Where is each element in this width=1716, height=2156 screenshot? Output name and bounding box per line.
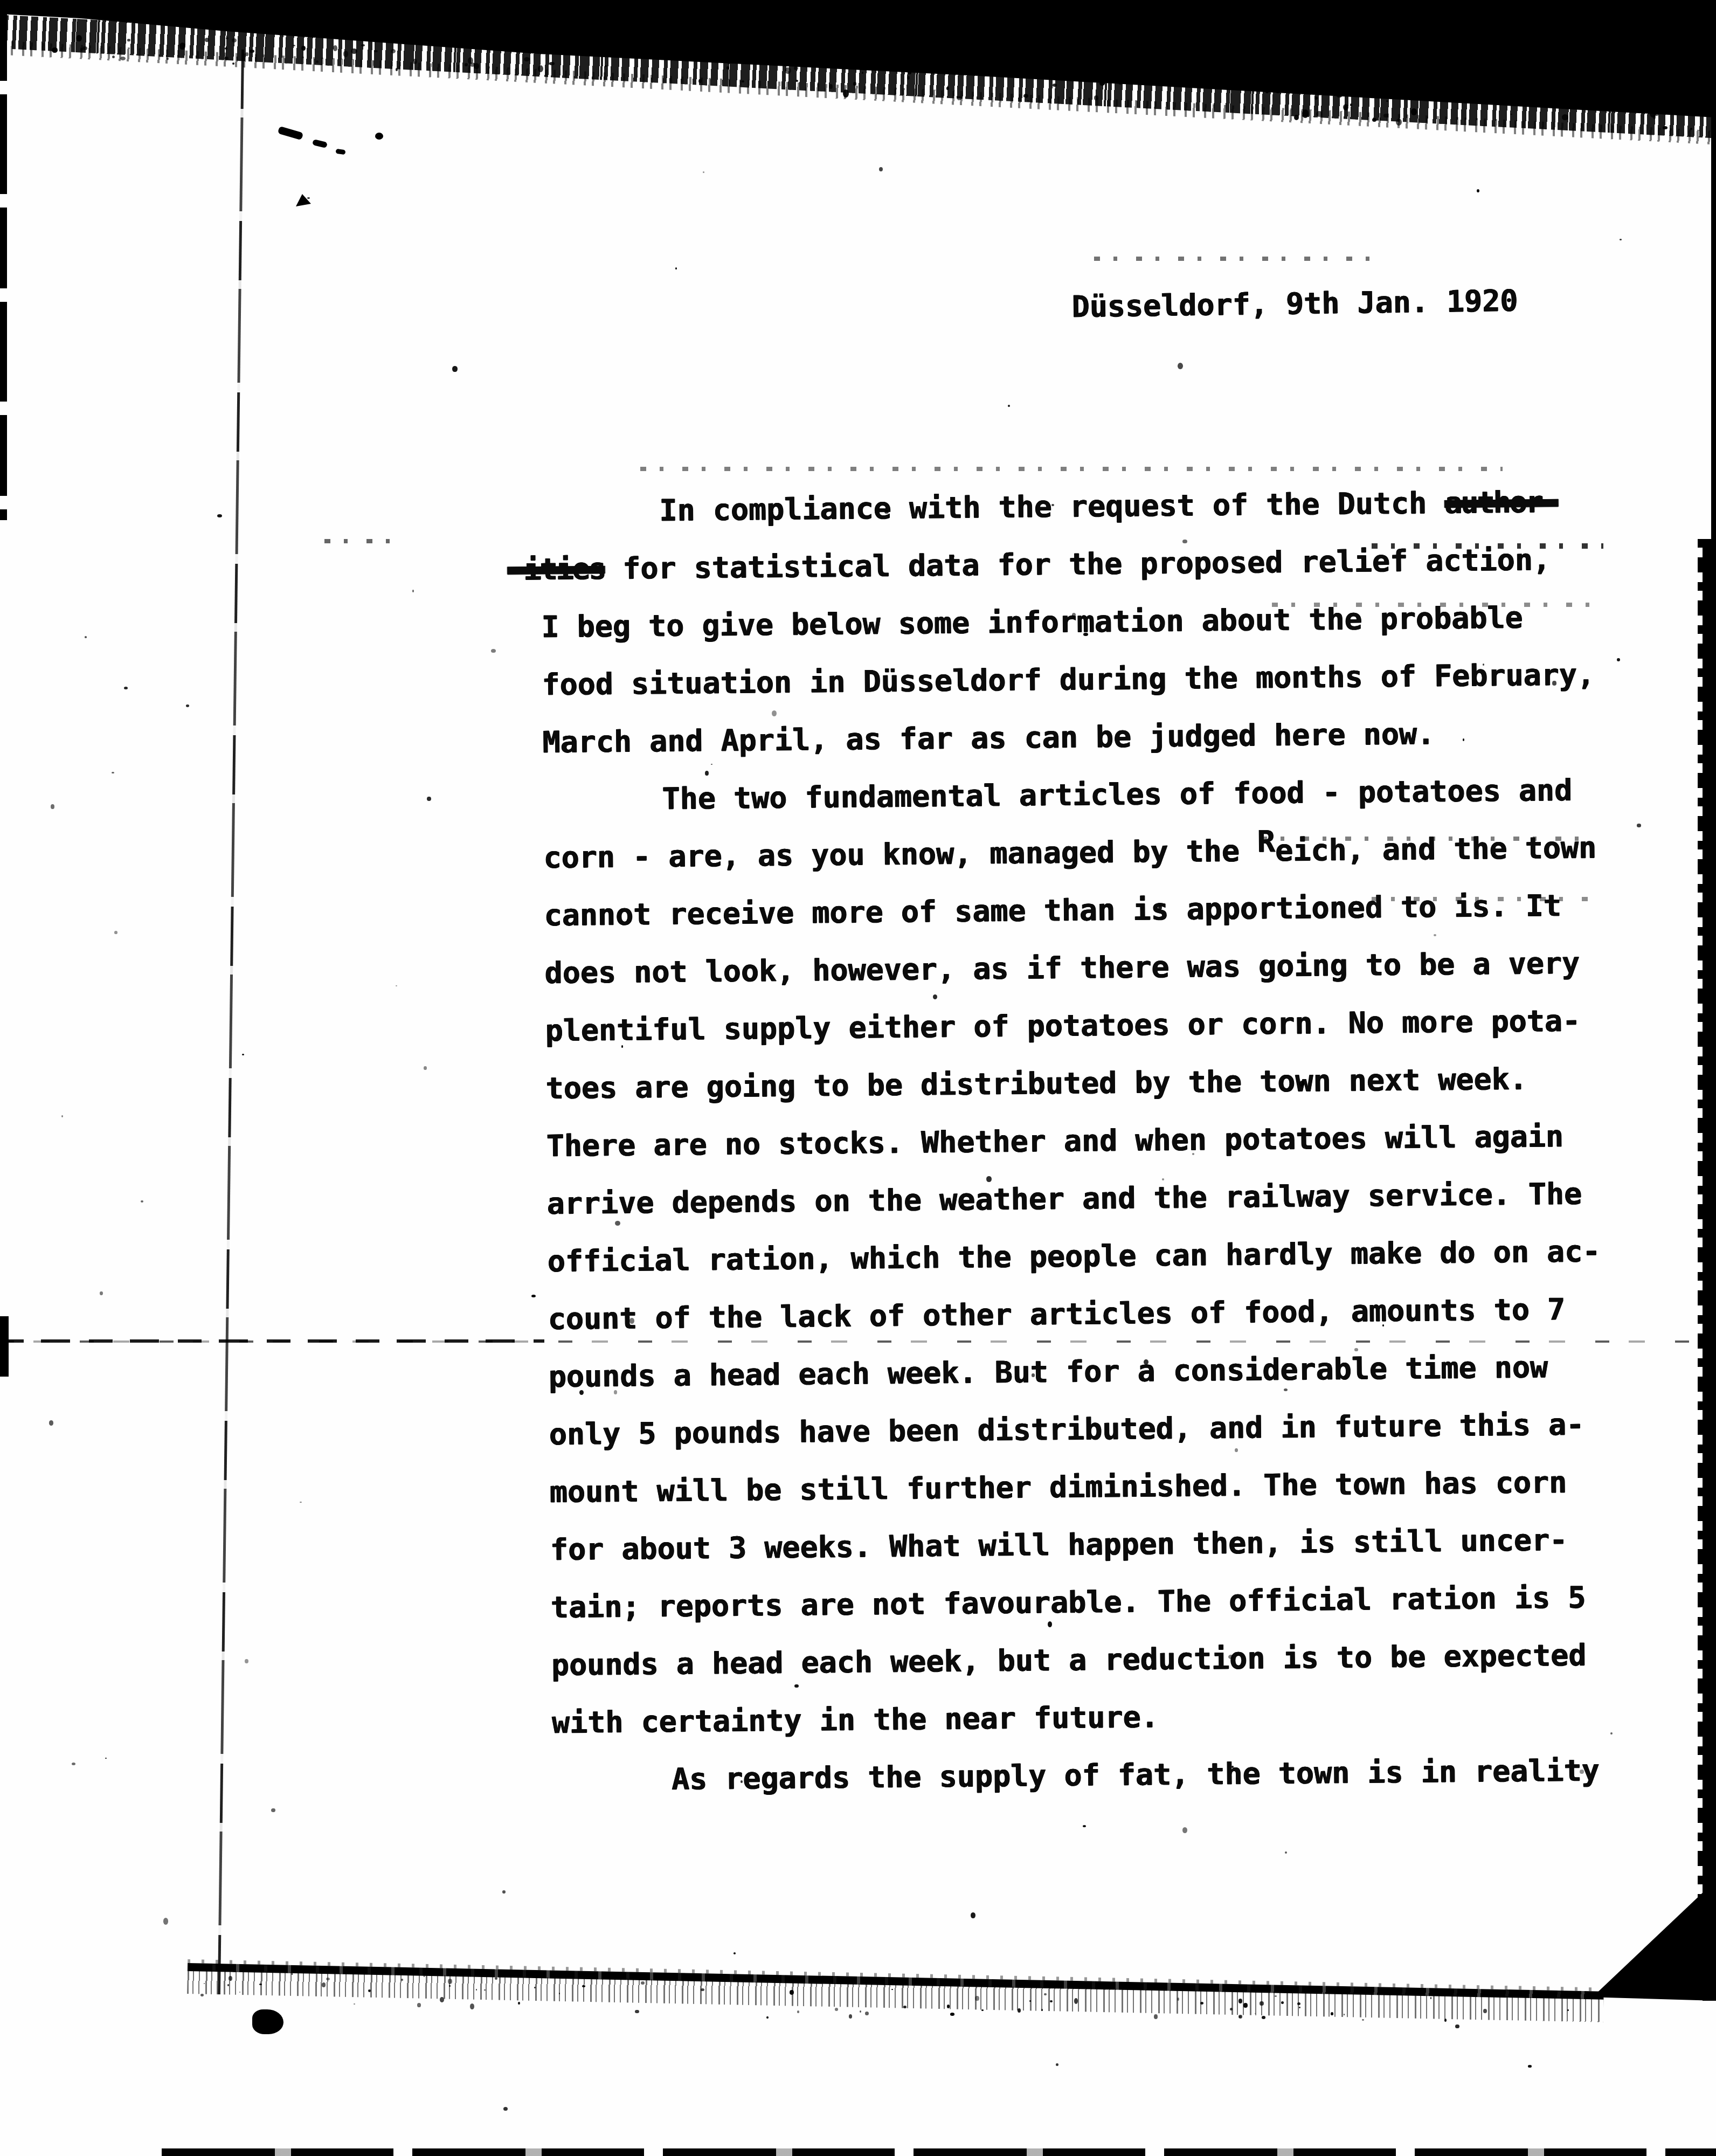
scanner-bottom-edge-line: [162, 2148, 1716, 2156]
ink-speck: [835, 2008, 838, 2010]
ink-speck: [797, 2010, 800, 2013]
ink-speck: [452, 366, 457, 372]
ink-speck: [440, 1997, 444, 2002]
ink-speck: [701, 1988, 704, 1991]
ink-speck: [245, 1659, 248, 1664]
ink-speck: [1192, 1153, 1194, 1155]
text-segment: pounds a head each week, but a reduction…: [551, 1637, 1587, 1682]
ink-speck: [484, 1989, 485, 1991]
ink-speck: [549, 62, 555, 65]
ink-speck: [120, 57, 126, 60]
pen-mark: [312, 139, 328, 148]
ink-speck: [401, 1979, 403, 1980]
text-line: plentiful supply either of potatoes or c…: [545, 992, 1599, 1060]
ink-speck: [947, 2005, 950, 2008]
ink-speck: [1182, 1827, 1187, 1833]
ink-speck: [1056, 2063, 1058, 2066]
ink-speck: [1029, 2000, 1031, 2002]
ink-speck: [1354, 1348, 1358, 1351]
ink-speck: [534, 1987, 536, 1988]
ink-speck: [476, 1989, 477, 1990]
ink-speck: [200, 1994, 203, 1996]
ink-speck: [981, 2009, 984, 2011]
ink-speck: [891, 1989, 893, 1990]
ink-speck: [449, 1985, 451, 1987]
ink-speck: [124, 687, 128, 689]
ink-speck: [1231, 1766, 1233, 1768]
bottom-left-ink-blob: [252, 2009, 283, 2034]
ink-speck: [1293, 673, 1295, 674]
ink-speck: [785, 67, 791, 74]
ink-speck: [950, 2013, 954, 2015]
ink-speck: [865, 2012, 869, 2015]
ink-speck: [61, 1115, 63, 1117]
ink-speck: [1260, 2001, 1263, 2006]
ink-speck: [734, 1952, 736, 1954]
ink-speck: [1041, 2009, 1043, 2011]
text-segment-struck: author-: [1444, 485, 1558, 520]
ink-speck: [1552, 681, 1556, 686]
ink-speck: [1383, 114, 1388, 118]
ink-speck: [322, 1982, 326, 1987]
ink-speck: [688, 1979, 689, 1981]
pen-mark-triangle: [296, 194, 311, 206]
ink-speck: [766, 2016, 768, 2019]
ink-speck: [343, 51, 348, 57]
scanner-left-edge-nub: [0, 1316, 9, 1377]
text-line: March and April, as far as can be judged…: [542, 703, 1596, 771]
ink-speck: [1083, 1825, 1086, 1827]
ink-speck: [232, 38, 237, 43]
ink-speck: [491, 649, 496, 653]
ink-speck: [1336, 92, 1342, 98]
ghost-dots-row: [324, 539, 405, 543]
ink-speck: [1663, 126, 1667, 129]
text-line: pounds a head each week, but a reduction…: [551, 1626, 1605, 1694]
ghost-dots-row: [1094, 257, 1388, 261]
ink-speck: [186, 704, 189, 707]
ink-speck: [1162, 1178, 1164, 1180]
ink-speck: [908, 71, 911, 74]
text-segment: with certainty in the near future.: [552, 1699, 1159, 1740]
ink-speck: [396, 68, 398, 71]
ink-speck: [225, 47, 227, 50]
pen-mark: [375, 133, 383, 140]
ink-speck: [635, 2010, 639, 2014]
ink-speck: [933, 994, 937, 999]
ink-speck: [105, 1758, 107, 1759]
text-line: only 5 pounds have been distributed, and…: [549, 1395, 1602, 1463]
ink-speck: [242, 1054, 244, 1055]
ink-speck: [361, 44, 365, 46]
ghost-dots-row: [640, 467, 1503, 471]
ink-speck: [1297, 2002, 1300, 2005]
horizontal-fold-line-left: [0, 1339, 544, 1343]
text-line: official ration, which the people can ha…: [547, 1222, 1601, 1290]
ink-speck: [1275, 89, 1281, 93]
ink-speck: [843, 89, 849, 98]
text-line: mount will be still further diminished. …: [549, 1453, 1603, 1521]
ink-speck: [307, 197, 309, 199]
ink-speck: [217, 514, 222, 517]
ink-speck: [1144, 1359, 1148, 1365]
ink-speck: [1434, 934, 1436, 936]
ink-speck: [1050, 2000, 1053, 2003]
text-segment: cannot receive more of same than is appo…: [544, 888, 1561, 932]
ink-speck: [333, 45, 337, 51]
ink-speck: [795, 80, 798, 81]
text-line: The two fundamental articles of food - p…: [662, 761, 1596, 828]
ink-speck: [518, 2002, 520, 2004]
ink-speck: [860, 2010, 861, 2013]
ink-speck: [1344, 2014, 1345, 2015]
ink-speck: [1580, 1770, 1583, 1774]
text-segment: does not look, however, as if there was …: [544, 946, 1580, 990]
ink-speck: [76, 35, 81, 42]
text-line: toes are going to be distributed by the …: [545, 1049, 1599, 1117]
ink-speck: [1382, 1324, 1385, 1326]
ink-speck: [582, 1985, 585, 1987]
ink-speck: [1008, 405, 1010, 407]
text-segment: corn - are, as you know, managed by the: [543, 833, 1257, 875]
ink-speck: [946, 87, 949, 90]
pen-mark: [278, 126, 303, 140]
ink-speck: [300, 1502, 302, 1503]
ink-speck: [112, 772, 114, 773]
text-line: I beg to give below some information abo…: [541, 588, 1595, 656]
ink-speck: [741, 1780, 743, 1782]
text-line: corn - are, as you know, managed by the …: [543, 819, 1597, 887]
ink-speck: [127, 39, 130, 42]
ink-speck: [1331, 2012, 1334, 2015]
text-segment-superscript: R: [1257, 824, 1276, 859]
ink-speck: [703, 171, 704, 173]
ink-speck: [772, 710, 777, 716]
ink-speck: [1617, 658, 1620, 661]
ink-speck: [1243, 2003, 1248, 2008]
ink-speck: [1284, 1388, 1287, 1391]
text-segment: for about 3 weeks. What will happen then…: [550, 1523, 1568, 1567]
ink-speck: [72, 1763, 75, 1765]
ink-speck: [271, 1808, 275, 1812]
ink-speck: [1362, 2019, 1364, 2021]
ink-speck: [971, 1912, 975, 1918]
text-segment: pounds a head each week. But for a consi…: [549, 1350, 1548, 1394]
text-segment: March and April, as far as can be judged…: [542, 716, 1435, 759]
ink-speck: [1294, 115, 1299, 120]
ink-speck: [354, 2003, 355, 2005]
text-segment-struck: -ities: [507, 551, 605, 587]
text-line: tain; reports are not favourable. The of…: [551, 1568, 1604, 1636]
ink-speck: [412, 590, 414, 592]
ink-speck: [100, 1291, 102, 1295]
ink-speck: [1483, 2009, 1487, 2013]
ink-speck: [470, 2003, 474, 2009]
ink-speck: [1610, 1732, 1613, 1735]
ink-speck: [226, 37, 229, 39]
ink-speck: [179, 43, 185, 50]
ink-speck: [233, 1970, 236, 1972]
text-segment: There are no stocks. Whether and when po…: [546, 1119, 1563, 1163]
ink-speck: [728, 61, 731, 64]
text-segment: The two fundamental articles of food - p…: [662, 773, 1572, 816]
ink-speck: [1099, 81, 1105, 86]
ink-speck: [1023, 94, 1028, 98]
ink-speck: [1528, 2065, 1531, 2068]
ink-speck: [427, 797, 431, 801]
ink-speck: [879, 167, 883, 171]
ink-speck: [250, 50, 254, 52]
ink-speck: [1299, 1081, 1304, 1087]
text-segment: toes are going to be distributed by the …: [545, 1061, 1527, 1105]
text-line: pounds a head each week. But for a consi…: [548, 1338, 1602, 1406]
ink-speck: [1119, 83, 1122, 85]
pen-mark: [335, 149, 345, 155]
text-line: -ities for statistical data for the prop…: [507, 530, 1594, 598]
ink-speck: [975, 1996, 979, 2001]
ink-speck: [465, 63, 468, 66]
ink-speck: [1178, 363, 1183, 369]
ink-speck: [1238, 1999, 1242, 2003]
text-line: cannot receive more of same than is appo…: [544, 876, 1597, 944]
ink-speck: [967, 73, 969, 74]
ink-speck: [1182, 540, 1187, 544]
text-segment: I beg to give below some information abo…: [541, 600, 1523, 644]
ink-speck: [326, 1978, 330, 1981]
ink-speck: [204, 1983, 205, 1984]
text-segment: count of the lack of other articles of f…: [548, 1292, 1566, 1336]
ink-speck: [80, 48, 83, 51]
ink-speck: [141, 1200, 143, 1203]
text-segment: tain; reports are not favourable. The of…: [551, 1580, 1586, 1624]
ink-speck: [1455, 2024, 1459, 2028]
ink-speck: [424, 1975, 425, 1977]
ink-speck: [1262, 2016, 1265, 2019]
ink-speck: [1094, 95, 1098, 101]
ink-speck: [1350, 103, 1353, 106]
ink-speck: [559, 1993, 560, 1994]
text-line: There are no stocks. Whether and when po…: [546, 1107, 1600, 1175]
ink-speck: [224, 57, 228, 60]
ink-speck: [1637, 824, 1641, 827]
text-segment: eich, and the town: [1275, 830, 1597, 868]
text-segment: official ration, which the people can ha…: [548, 1234, 1601, 1279]
text-segment: As regards the supply of fat, the town i…: [672, 1753, 1600, 1796]
letter-body: In compliance with the request of the Du…: [540, 473, 1606, 1809]
ink-speck: [1154, 2014, 1158, 2019]
text-line: food situation in Düsseldorf during the …: [542, 646, 1595, 714]
ink-speck: [417, 2003, 421, 2007]
text-segment: plentiful supply either of potatoes or c…: [545, 1004, 1580, 1048]
vertical-crease-line: [218, 50, 244, 1995]
text-line: with certainty in the near future.: [552, 1684, 1606, 1752]
ink-speck: [316, 60, 319, 63]
text-line: In compliance with the request of the Du…: [659, 473, 1594, 540]
torn-corner-wedge: [1590, 1880, 1716, 2001]
ink-speck: [1302, 109, 1309, 118]
ink-speck: [424, 1066, 427, 1070]
ink-speck: [396, 985, 398, 987]
text-segment: for statistical data for the proposed re…: [605, 542, 1551, 586]
ink-speck: [245, 52, 248, 56]
ink-speck: [1343, 104, 1348, 110]
ink-speck: [167, 58, 169, 60]
ink-speck: [794, 1684, 799, 1688]
ink-speck: [163, 1918, 169, 1924]
scanner-right-edge-strip-top: [1711, 75, 1716, 561]
ink-speck: [790, 1990, 794, 1995]
ink-speck: [49, 1420, 53, 1425]
ink-speck: [1444, 2019, 1447, 2022]
text-segment: food situation in Düsseldorf during the …: [542, 657, 1595, 702]
ink-speck: [114, 931, 117, 934]
ink-speck: [1228, 1655, 1233, 1659]
ink-speck: [52, 47, 58, 53]
ink-speck: [448, 1979, 452, 1984]
ink-speck: [413, 59, 417, 64]
page-bottom-ragged-edge: [188, 1963, 1604, 2000]
ink-speck: [503, 2107, 508, 2111]
ink-speck: [538, 65, 543, 73]
scanner-left-edge-strip: [0, 0, 7, 520]
ink-speck: [85, 636, 87, 638]
ink-speck: [205, 38, 209, 42]
ink-speck: [849, 2014, 852, 2019]
ink-speck: [1562, 114, 1568, 120]
ink-speck: [1285, 1851, 1287, 1854]
date-line: Düsseldorf, 9th Jan. 1920: [1071, 272, 1518, 336]
ink-speck: [301, 46, 306, 51]
text-segment: In compliance with the request of the Du…: [659, 486, 1445, 528]
ink-speck: [1690, 128, 1692, 130]
scanner-right-edge-strip: [1703, 539, 1716, 2001]
text-line: for about 3 weeks. What will happen then…: [550, 1511, 1603, 1579]
text-line: count of the lack of other articles of f…: [548, 1280, 1601, 1348]
ink-speck: [531, 1295, 536, 1297]
ink-speck: [1083, 633, 1088, 636]
ink-speck: [1650, 109, 1656, 118]
ink-speck: [1620, 239, 1622, 240]
ink-speck: [916, 1981, 918, 1984]
text-segment: mount will be still further diminished. …: [550, 1465, 1567, 1509]
ink-speck: [1018, 2008, 1021, 2013]
text-segment: arrive depends on the weather and the ra…: [547, 1177, 1582, 1221]
text-line: arrive depends on the weather and the ra…: [546, 1165, 1600, 1233]
ink-speck: [374, 50, 378, 52]
ink-speck: [1477, 189, 1479, 193]
ink-speck: [1177, 1998, 1180, 2000]
ink-speck: [502, 1890, 506, 1894]
text-segment: only 5 pounds have been distributed, and…: [549, 1407, 1584, 1451]
ink-speck: [675, 267, 677, 269]
ink-speck: [986, 1176, 991, 1182]
text-line: does not look, however, as if there was …: [544, 934, 1598, 1002]
ink-speck: [614, 1390, 617, 1394]
ink-speck: [605, 65, 607, 67]
ink-speck: [259, 1984, 261, 1985]
ink-speck: [1567, 2009, 1568, 2011]
scanned-letter-page: Düsseldorf, 9th Jan. 1920 In compliance …: [0, 0, 1716, 2156]
text-line: As regards the supply of fat, the town i…: [672, 1742, 1606, 1808]
ink-speck: [51, 804, 54, 809]
ink-speck: [957, 96, 961, 100]
